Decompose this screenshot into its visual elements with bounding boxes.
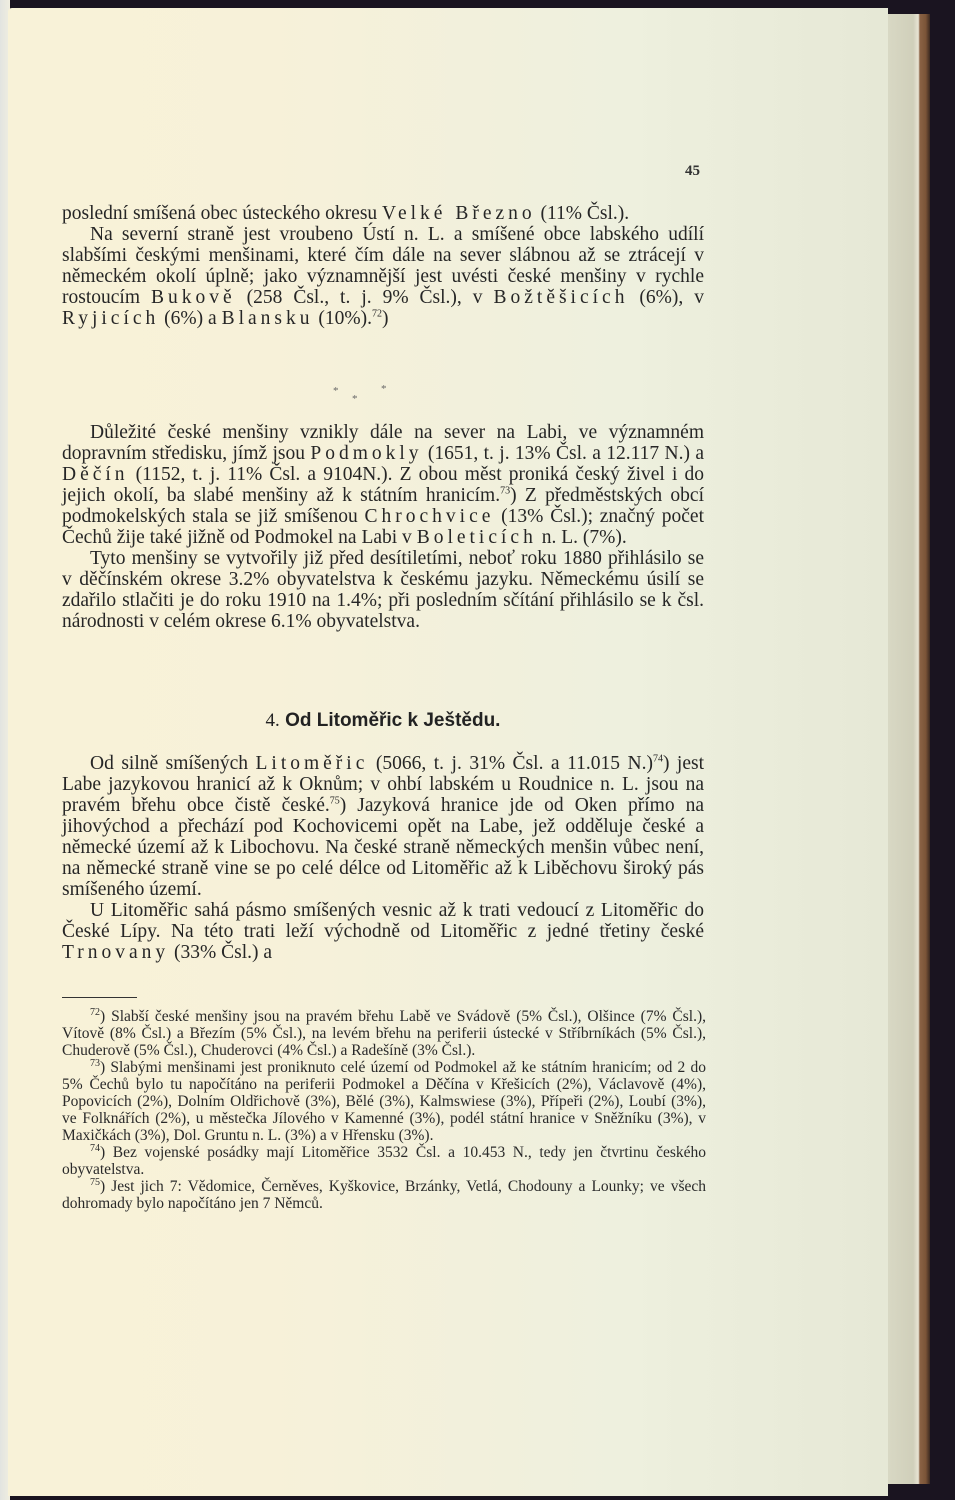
footnote-74: 74) Bez vojenské posádky mají Litoměřice… xyxy=(62,1144,706,1178)
footnote-divider xyxy=(62,997,137,998)
paragraph: Důležité české menšiny vznikly dále na s… xyxy=(62,422,704,548)
footnote-number: 73 xyxy=(90,1058,100,1069)
paragraph-block-2: Důležité české menšiny vznikly dále na s… xyxy=(62,422,704,632)
place-name: Blansku xyxy=(222,308,314,329)
place-name: Trnovany xyxy=(62,942,169,963)
place-name: Boleticích xyxy=(417,527,537,548)
footnote-ref[interactable]: 75 xyxy=(330,796,340,807)
star-icon: * xyxy=(333,385,339,397)
footnote-ref[interactable]: 74 xyxy=(653,754,663,765)
paragraph: Od silně smíšených Litoměřic (5066, t. j… xyxy=(62,753,704,900)
footnote-number: 72 xyxy=(90,1007,100,1018)
place-name: Velké Březno xyxy=(382,203,536,224)
section-number: 4. xyxy=(266,710,280,731)
place-name: Litoměřic xyxy=(255,753,368,774)
book-page-edge xyxy=(888,14,930,1484)
footnotes: 72) Slabší české menšiny jsou na pravém … xyxy=(62,1008,706,1212)
paragraph-continuation: poslední smíšená obec ústeckého okresu V… xyxy=(62,203,704,224)
paragraph: Tyto menšiny se vytvořily již před desít… xyxy=(62,548,704,632)
paragraph: U Litoměřic sahá pásmo smíšených vesnic … xyxy=(62,900,704,963)
footnote-ref[interactable]: 72 xyxy=(372,309,382,320)
page-number: 45 xyxy=(685,163,700,180)
scan-background xyxy=(930,0,955,1500)
footnote-75: 75) Jest jich 7: Vědomice, Černěves, Kyš… xyxy=(62,1178,706,1212)
footnote-number: 74 xyxy=(90,1143,100,1154)
footnote-73: 73) Slabými menšinami jest proniknuto ce… xyxy=(62,1059,706,1144)
star-icon: * xyxy=(381,383,387,395)
place-name: Děčín xyxy=(62,464,129,485)
paragraph-block-1: poslední smíšená obec ústeckého okresu V… xyxy=(62,203,704,329)
place-name: Chrochvice xyxy=(365,506,495,527)
star-icon: * xyxy=(352,393,358,405)
place-name: Božtěšicích xyxy=(493,287,628,308)
footnote-ref[interactable]: 73 xyxy=(500,486,510,497)
section-title: Od Litoměřic k Ještědu. xyxy=(285,710,500,731)
place-name: Bukově xyxy=(151,287,236,308)
footnote-number: 75 xyxy=(90,1177,100,1188)
paragraph: Na severní straně jest vroubeno Ústí n. … xyxy=(62,224,704,329)
paragraph-block-3: Od silně smíšených Litoměřic (5066, t. j… xyxy=(62,753,704,963)
place-name: Podmokly xyxy=(310,443,422,464)
footnote-72: 72) Slabší české menšiny jsou na pravém … xyxy=(62,1008,706,1059)
place-name: Ryjicích xyxy=(62,308,159,329)
section-heading: 4. Od Litoměřic k Ještědu. xyxy=(62,710,704,732)
